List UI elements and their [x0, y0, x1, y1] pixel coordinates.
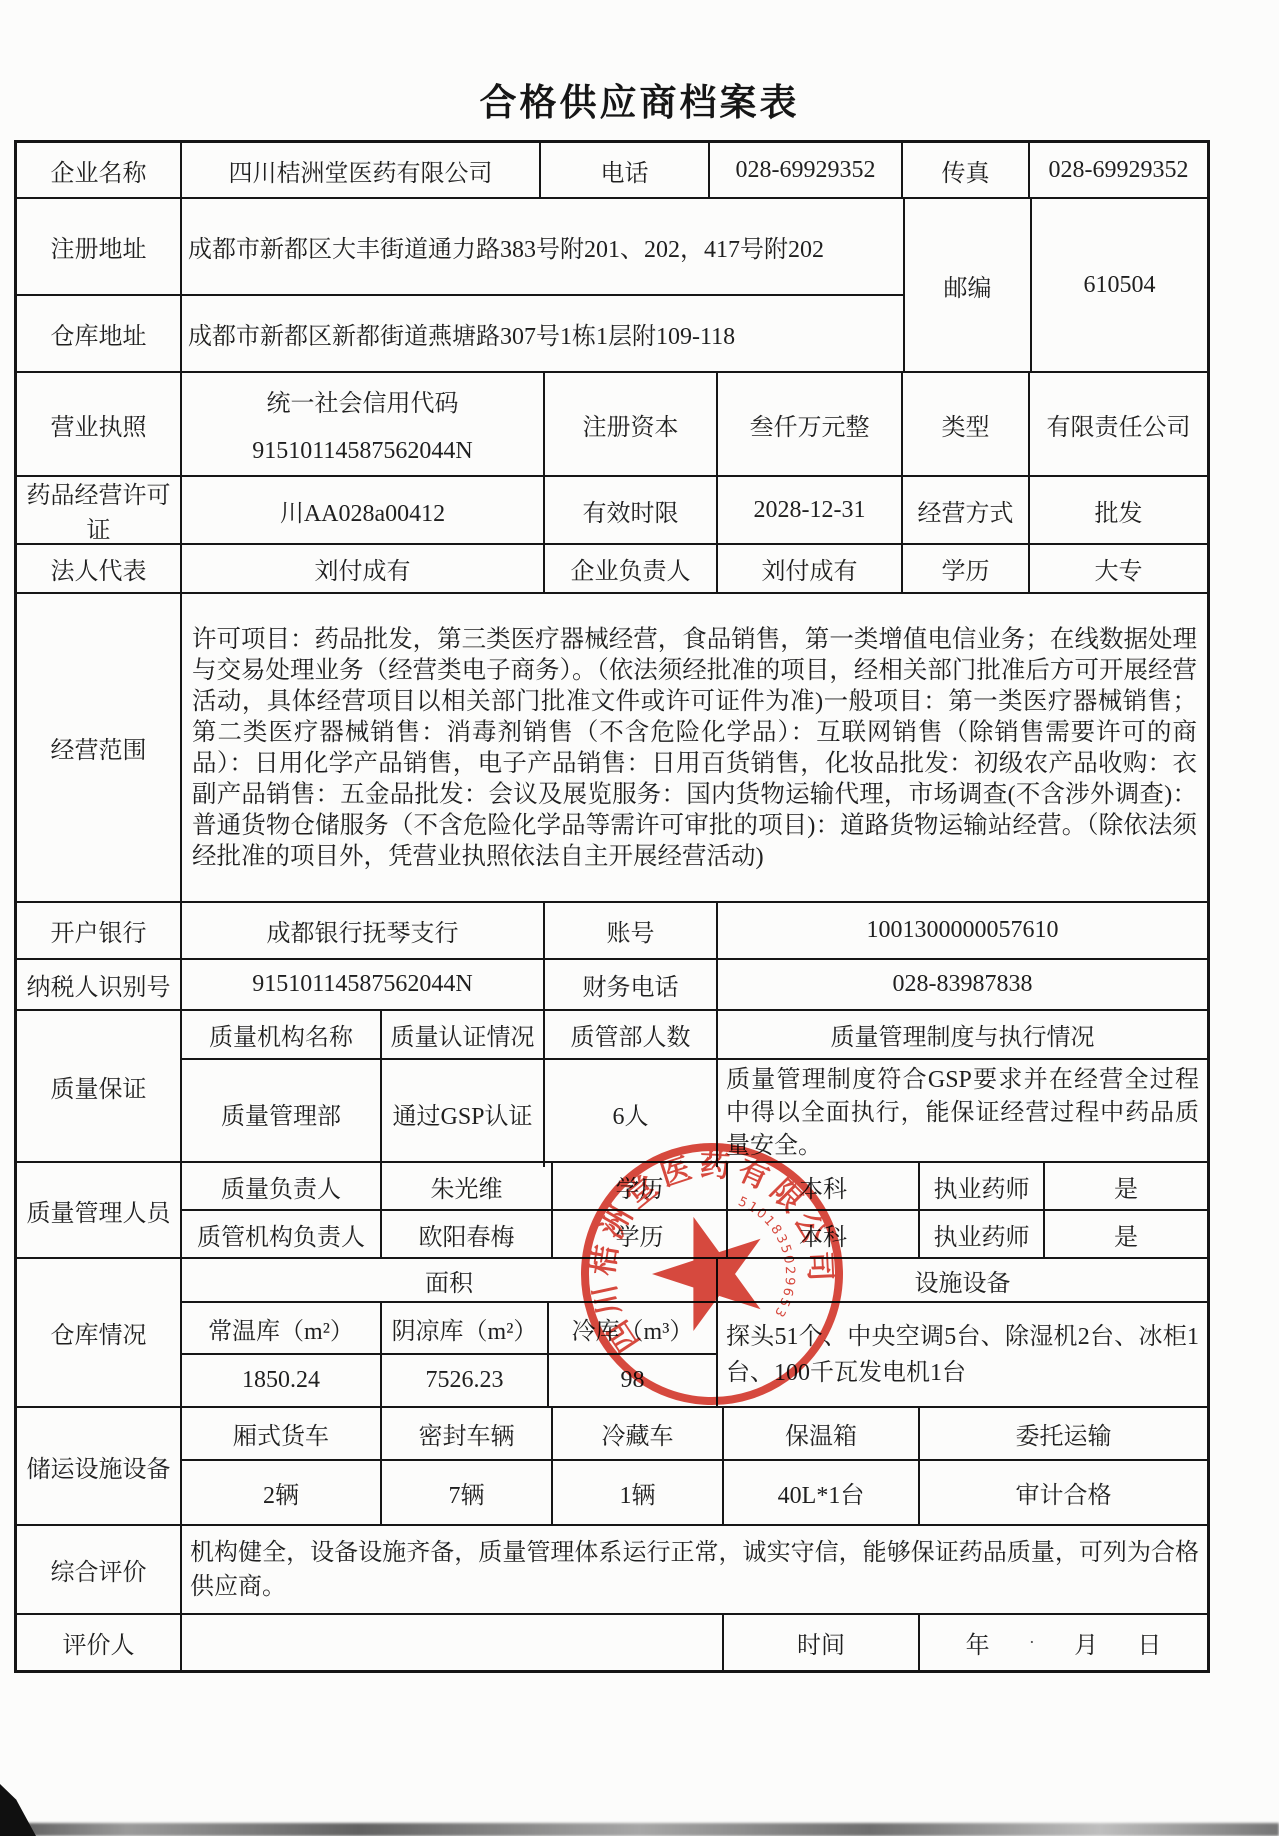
date-day: 日: [1137, 1625, 1161, 1660]
cold-truck-value: 1辆: [553, 1461, 724, 1524]
qm2-name: 欧阳春梅: [382, 1211, 553, 1257]
archive-table: 企业名称 四川桔洲堂医药有限公司 电话 028-69929352 传真 028-…: [14, 140, 1210, 1673]
area-header-row: 面积: [182, 1259, 716, 1303]
time-label: 时间: [724, 1615, 920, 1670]
zip-label: 邮编: [905, 199, 1032, 371]
date-year: 年: [966, 1625, 990, 1660]
facility-text: 探头51个、中央空调5台、除湿机2台、冰柜1台、100千瓦发电机1台: [726, 1319, 1199, 1391]
transport-value-row: 2辆 7辆 1辆 40L*1台 审计合格: [182, 1461, 1207, 1524]
qm1-role: 质量负责人: [182, 1163, 382, 1209]
evaluation-label: 综合评价: [17, 1526, 182, 1613]
finance-phone-value: 028-83987838: [718, 960, 1207, 1009]
credit-code-caption: 统一社会信用代码: [266, 383, 458, 418]
qa-data-row: 质量管理部 通过GSP认证 6人 质量管理制度符合GSP要求并在经营全过程中得以…: [182, 1060, 1207, 1167]
qa-label: 质量保证: [17, 1011, 182, 1161]
incubator-value: 40L*1台: [724, 1461, 920, 1524]
qa-cert-value: 通过GSP认证: [382, 1060, 545, 1167]
row-business-license: 营业执照 统一社会信用代码 91510114587562044N 注册资本 叁仟…: [17, 373, 1207, 477]
warehouse-address-value: 成都市新都区新都街道燕塘路307号1栋1层附109-118: [182, 296, 903, 371]
section-transport: 储运设施设备 厢式货车 密封车辆 冷藏车 保温箱 委托运输 2辆 7辆 1辆 4…: [17, 1408, 1207, 1526]
bank-label: 开户银行: [17, 903, 182, 958]
drug-license-value: 川AA028a00412: [182, 477, 545, 543]
box-truck-value: 2辆: [182, 1461, 382, 1524]
facility-header: 设施设备: [718, 1259, 1207, 1301]
qm-row-1: 质量负责人 朱光维 学历 本科 执业药师 是: [182, 1163, 1207, 1211]
qm2-pharmacist-label: 执业药师: [920, 1211, 1045, 1257]
fax-label: 传真: [903, 143, 1030, 197]
cold-warehouse-value: 98: [549, 1355, 716, 1406]
legal-label: 法人代表: [17, 545, 182, 592]
qm2-role: 质管机构负责人: [182, 1211, 382, 1257]
row-tax: 纳税人识别号 91510114587562044N 财务电话 028-83987…: [17, 960, 1207, 1011]
qm1-pharmacist-label: 执业药师: [920, 1163, 1045, 1209]
warehouse-type-row: 常温库（m²） 阴凉库（m²） 冷库（m³）: [182, 1303, 716, 1355]
normal-warehouse-value: 1850.24: [182, 1355, 382, 1406]
mode-label: 经营方式: [903, 477, 1030, 543]
row-company: 企业名称 四川桔洲堂医药有限公司 电话 028-69929352 传真 028-…: [17, 143, 1207, 199]
phone-value: 028-69929352: [710, 143, 903, 197]
incubator-header: 保温箱: [724, 1408, 920, 1459]
finance-phone-label: 财务电话: [545, 960, 718, 1009]
date-cell: 年 · 月 日: [920, 1615, 1207, 1670]
facility-value: 探头51个、中央空调5台、除湿机2台、冰柜1台、100千瓦发电机1台: [718, 1303, 1207, 1406]
transport-label: 储运设施设备: [17, 1408, 182, 1524]
qa-org-header: 质量机构名称: [182, 1011, 382, 1058]
legal-value: 刘付成有: [182, 545, 545, 592]
cool-warehouse-value: 7526.23: [382, 1355, 549, 1406]
qa-system-value: 质量管理制度符合GSP要求并在经营全过程中得以全面执行，能保证经营过程中药品质量…: [718, 1060, 1207, 1167]
warehouse-label: 仓库情况: [17, 1259, 182, 1406]
row-scope: 经营范围 许可项目：药品批发，第三类医疗器械经营，食品销售，第一类增值电信业务；…: [17, 594, 1207, 903]
reg-capital-label: 注册资本: [545, 373, 718, 475]
facility-header-row: 设施设备: [718, 1259, 1207, 1303]
qa-header-row: 质量机构名称 质量认证情况 质管部人数 质量管理制度与执行情况: [182, 1011, 1207, 1060]
page-title: 合格供应商档案表: [0, 72, 1279, 126]
manager-label: 企业负责人: [545, 545, 718, 592]
row-bank: 开户银行 成都银行抚琴支行 账号 1001300000057610: [17, 903, 1207, 960]
zip-value: 610504: [1032, 199, 1207, 371]
qm-row-2: 质管机构负责人 欧阳春梅 学历 本科 执业药师 是: [182, 1211, 1207, 1257]
type-label: 类型: [903, 373, 1030, 475]
bank-value: 成都银行抚琴支行: [182, 903, 545, 958]
row-drug-license: 药品经营许可证 川AA028a00412 有效时限 2028-12-31 经营方…: [17, 477, 1207, 545]
reg-address-label: 注册地址: [17, 199, 182, 294]
valid-value: 2028-12-31: [718, 477, 903, 543]
tax-id-label: 纳税人识别号: [17, 960, 182, 1009]
sealed-vehicle-header: 密封车辆: [382, 1408, 553, 1459]
valid-label: 有效时限: [545, 477, 718, 543]
account-label: 账号: [545, 903, 718, 958]
scope-label: 经营范围: [17, 594, 182, 901]
scan-artifact-bottom-strip: [0, 1823, 1279, 1836]
qa-staff-header: 质管部人数: [545, 1011, 718, 1058]
drug-license-label: 药品经营许可证: [17, 477, 182, 543]
scan-artifact-corner-blob: [0, 1784, 36, 1836]
qa-org-value: 质量管理部: [182, 1060, 382, 1167]
transport-header-row: 厢式货车 密封车辆 冷藏车 保温箱 委托运输: [182, 1408, 1207, 1461]
cold-truck-header: 冷藏车: [553, 1408, 724, 1459]
supplier-archive-document: { "f": { "title": "合格供应商档案表", "company_l…: [0, 0, 1279, 1836]
qa-staff-value: 6人: [545, 1060, 718, 1167]
entrust-value: 审计合格: [920, 1461, 1207, 1524]
fax-value: 028-69929352: [1030, 143, 1207, 197]
credit-code-value: 91510114587562044N: [252, 438, 472, 465]
section-quality-assurance: 质量保证 质量机构名称 质量认证情况 质管部人数 质量管理制度与执行情况 质量管…: [17, 1011, 1207, 1163]
type-value: 有限责任公司: [1030, 373, 1207, 475]
warehouse-address-label: 仓库地址: [17, 296, 182, 371]
qa-system-header: 质量管理制度与执行情况: [718, 1011, 1207, 1058]
row-addresses: 注册地址 成都市新都区大丰街道通力路383号附201、202，417号附202 …: [17, 199, 1207, 373]
reg-address-value: 成都市新都区大丰街道通力路383号附201、202，417号附202: [182, 199, 903, 294]
evaluation-value: 机构健全，设备设施齐备，质量管理体系运行正常，诚实守信，能够保证药品质量，可列为…: [182, 1526, 1207, 1613]
area-header: 面积: [182, 1259, 716, 1301]
edu-label: 学历: [903, 545, 1030, 592]
legal-edu-value: 大专: [1030, 545, 1207, 592]
evaluation-text: 机构健全，设备设施齐备，质量管理体系运行正常，诚实守信，能够保证药品质量，可列为…: [190, 1536, 1199, 1604]
date-dot: ·: [1029, 1632, 1035, 1653]
assessor-value-empty: [182, 1615, 724, 1670]
cold-warehouse-header: 冷库（m³）: [549, 1303, 716, 1353]
qm1-edu-label: 学历: [553, 1163, 728, 1209]
facility-value-row: 探头51个、中央空调5台、除湿机2台、冰柜1台、100千瓦发电机1台: [718, 1303, 1207, 1406]
qm2-edu-label: 学历: [553, 1211, 728, 1257]
row-reg-address: 注册地址 成都市新都区大丰街道通力路383号附201、202，417号附202: [17, 199, 903, 296]
row-evaluation: 综合评价 机构健全，设备设施齐备，质量管理体系运行正常，诚实守信，能够保证药品质…: [17, 1526, 1207, 1615]
qm1-pharmacist-value: 是: [1045, 1163, 1207, 1209]
box-truck-header: 厢式货车: [182, 1408, 382, 1459]
qm-label: 质量管理人员: [17, 1163, 182, 1257]
normal-warehouse-header: 常温库（m²）: [182, 1303, 382, 1353]
qa-system-text: 质量管理制度符合GSP要求并在经营全过程中得以全面执行，能保证经营过程中药品质量…: [726, 1064, 1199, 1163]
section-quality-staff: 质量管理人员 质量负责人 朱光维 学历 本科 执业药师 是 质管机构负责人 欧阳…: [17, 1163, 1207, 1259]
qm1-edu-value: 本科: [728, 1163, 920, 1209]
manager-value: 刘付成有: [718, 545, 903, 592]
row-legal-rep: 法人代表 刘付成有 企业负责人 刘付成有 学历 大专: [17, 545, 1207, 594]
qa-cert-header: 质量认证情况: [382, 1011, 545, 1058]
reg-capital-value: 叁仟万元整: [718, 373, 903, 475]
warehouse-value-row: 1850.24 7526.23 98: [182, 1355, 716, 1406]
company-label: 企业名称: [17, 143, 182, 197]
row-warehouse-address: 仓库地址 成都市新都区新都街道燕塘路307号1栋1层附109-118: [17, 296, 903, 371]
company-value: 四川桔洲堂医药有限公司: [182, 143, 541, 197]
license-label: 营业执照: [17, 373, 182, 475]
qm2-edu-value: 本科: [728, 1211, 920, 1257]
credit-code-cell: 统一社会信用代码 91510114587562044N: [182, 373, 545, 475]
tax-id-value: 91510114587562044N: [182, 960, 545, 1009]
cool-warehouse-header: 阴凉库（m²）: [382, 1303, 549, 1353]
qm1-name: 朱光维: [382, 1163, 553, 1209]
scope-value: 许可项目：药品批发，第三类医疗器械经营，食品销售，第一类增值电信业务；在线数据处…: [182, 594, 1207, 901]
qm2-pharmacist-value: 是: [1045, 1211, 1207, 1257]
entrust-header: 委托运输: [920, 1408, 1207, 1459]
sealed-vehicle-value: 7辆: [382, 1461, 553, 1524]
scope-text: 许可项目：药品批发，第三类医疗器械经营，食品销售，第一类增值电信业务；在线数据处…: [192, 624, 1197, 872]
assessor-label: 评价人: [17, 1615, 182, 1670]
account-value: 1001300000057610: [718, 903, 1207, 958]
date-month: 月: [1074, 1625, 1098, 1660]
section-warehouse: 仓库情况 面积 常温库（m²） 阴凉库（m²） 冷库（m³） 1850.24 7…: [17, 1259, 1207, 1408]
phone-label: 电话: [541, 143, 710, 197]
row-assessor: 评价人 时间 年 · 月 日: [17, 1615, 1207, 1670]
mode-value: 批发: [1030, 477, 1207, 543]
